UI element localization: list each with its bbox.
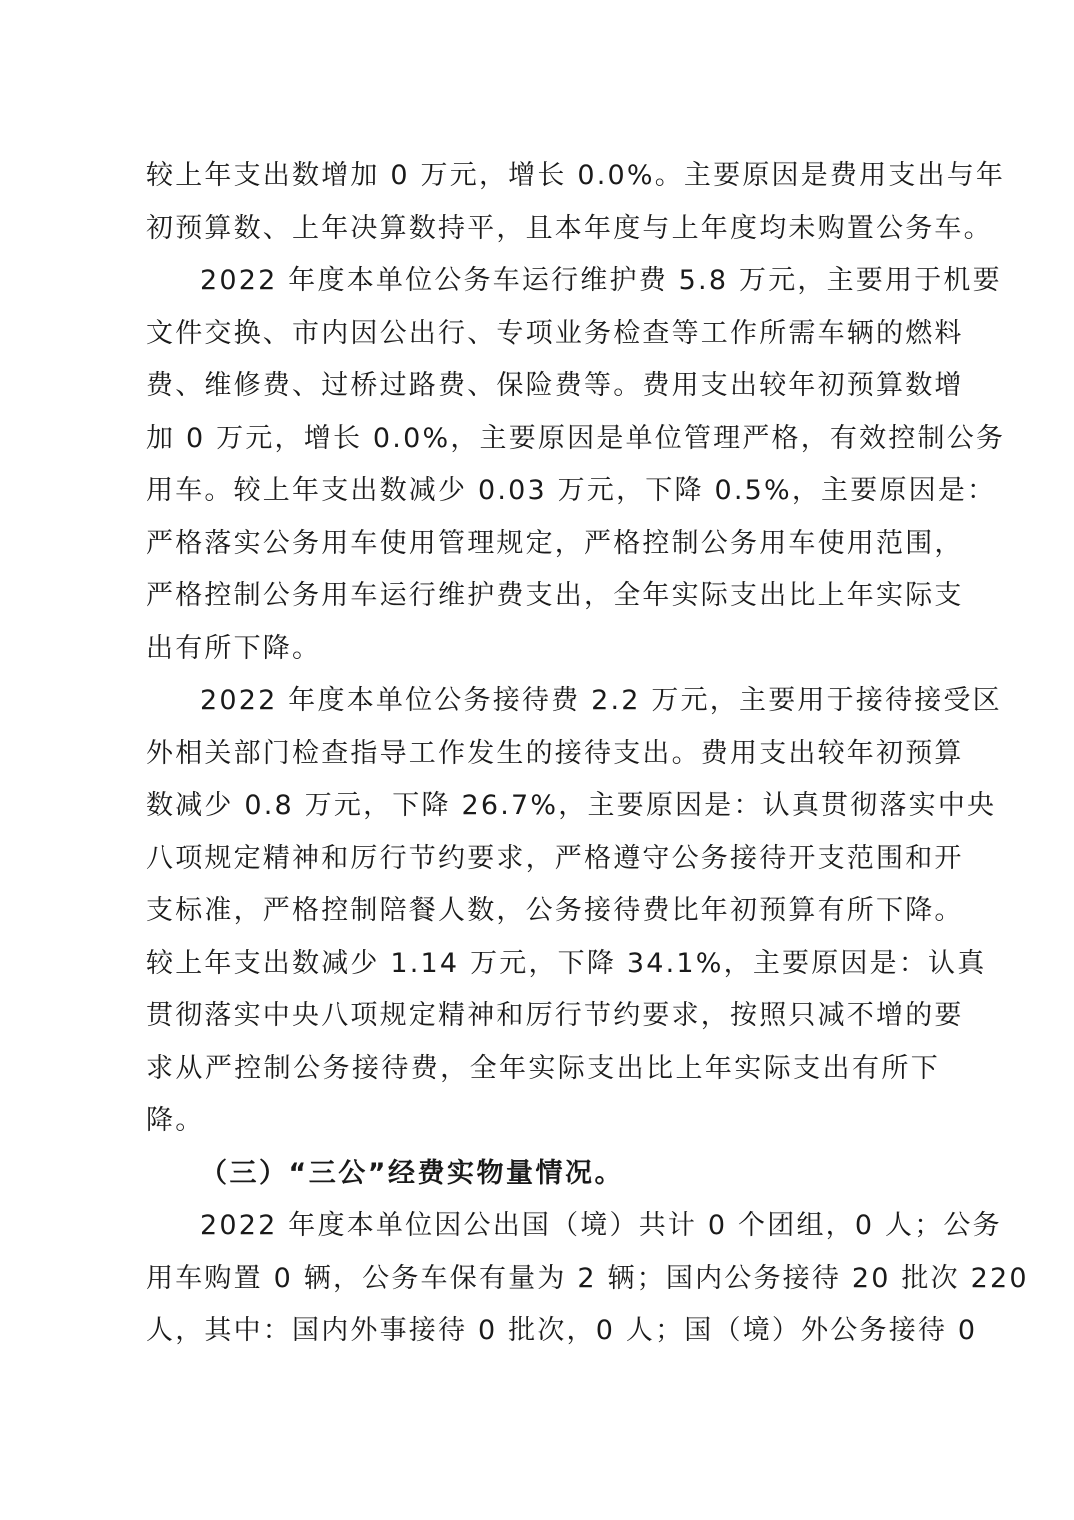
text-line: 外相关部门检查指导工作发生的接待支出。费用支出较年初预算	[146, 728, 940, 781]
text-line: 严格落实公务用车使用管理规定，严格控制公务用车使用范围，	[146, 518, 940, 571]
paragraph-official-reception: 2022 年度本单位公务接待费 2.2 万元，主要用于接待接受区 外相关部门检查…	[146, 675, 946, 1148]
text-line: 八项规定精神和厉行节约要求，严格遵守公务接待开支范围和开	[146, 833, 940, 886]
text-line: 支标准，严格控制陪餐人数，公务接待费比年初预算有所下降。	[146, 885, 940, 938]
document-page: 较上年支出数增加 0 万元，增长 0.0%。主要原因是费用支出与年 初预算数、上…	[0, 0, 1074, 1520]
document-body: 较上年支出数增加 0 万元，增长 0.0%。主要原因是费用支出与年 初预算数、上…	[146, 150, 946, 1358]
text-line: 2022 年度本单位公务接待费 2.2 万元，主要用于接待接受区	[146, 675, 940, 728]
text-line: 2022 年度本单位公务车运行维护费 5.8 万元，主要用于机要	[146, 255, 940, 308]
paragraph-vehicle-maintenance: 2022 年度本单位公务车运行维护费 5.8 万元，主要用于机要 文件交换、市内…	[146, 255, 946, 675]
text-line: 用车。较上年支出数减少 0.03 万元，下降 0.5%，主要原因是：	[146, 465, 940, 518]
section-heading: （三）“三公”经费实物量情况。	[146, 1148, 946, 1201]
text-line: 初预算数、上年决算数持平，且本年度与上年度均未购置公务车。	[146, 203, 940, 256]
paragraph-continuation: 较上年支出数增加 0 万元，增长 0.0%。主要原因是费用支出与年 初预算数、上…	[146, 150, 946, 255]
heading-text: （三）“三公”经费实物量情况。	[146, 1148, 940, 1201]
text-line: 较上年支出数减少 1.14 万元，下降 34.1%，主要原因是：认真	[146, 938, 940, 991]
text-line: 人，其中：国内外事接待 0 批次，0 人；国（境）外公务接待 0	[146, 1305, 940, 1358]
text-line: 贯彻落实中央八项规定精神和厉行节约要求，按照只减不增的要	[146, 990, 940, 1043]
text-line: 费、维修费、过桥过路费、保险费等。费用支出较年初预算数增	[146, 360, 940, 413]
text-line: 较上年支出数增加 0 万元，增长 0.0%。主要原因是费用支出与年	[146, 150, 940, 203]
text-line: 2022 年度本单位因公出国（境）共计 0 个团组，0 人；公务	[146, 1200, 940, 1253]
text-line: 出有所下降。	[146, 623, 940, 676]
text-line: 严格控制公务用车运行维护费支出，全年实际支出比上年实际支	[146, 570, 940, 623]
text-line: 用车购置 0 辆，公务车保有量为 2 辆；国内公务接待 20 批次 220	[146, 1253, 940, 1306]
text-line: 文件交换、市内因公出行、专项业务检查等工作所需车辆的燃料	[146, 308, 940, 361]
text-line: 降。	[146, 1095, 940, 1148]
text-line: 求从严控制公务接待费，全年实际支出比上年实际支出有所下	[146, 1043, 940, 1096]
paragraph-physical-quantity: 2022 年度本单位因公出国（境）共计 0 个团组，0 人；公务 用车购置 0 …	[146, 1200, 946, 1358]
text-line: 加 0 万元，增长 0.0%，主要原因是单位管理严格，有效控制公务	[146, 413, 940, 466]
text-line: 数减少 0.8 万元，下降 26.7%，主要原因是：认真贯彻落实中央	[146, 780, 940, 833]
